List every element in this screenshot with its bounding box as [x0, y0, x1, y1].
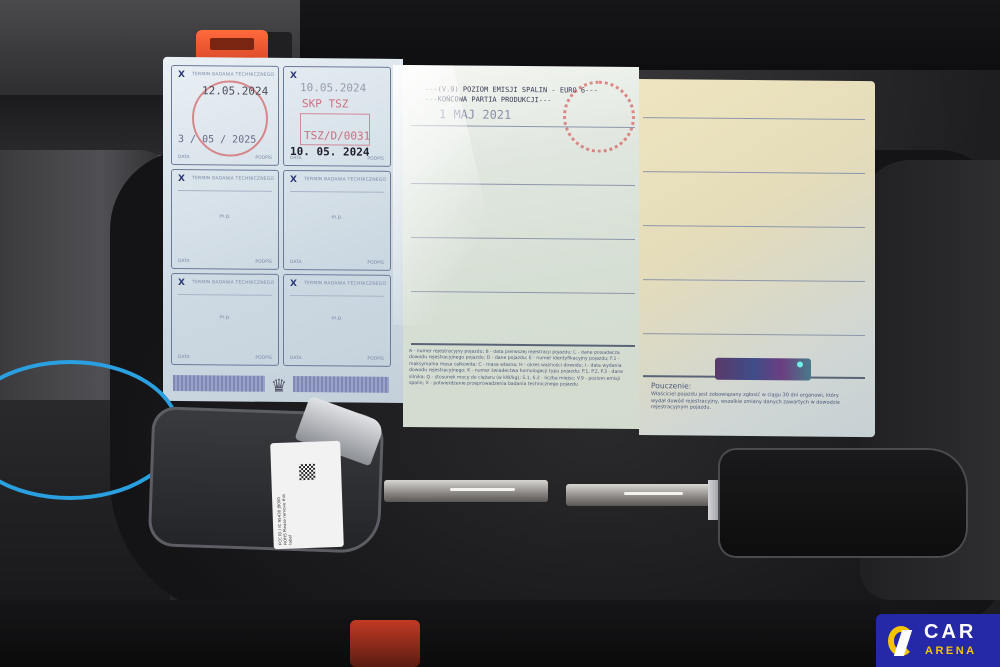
key-fob-label-text: FCC ID / IC 95430 J9000 ROHS Please remo… — [276, 489, 293, 545]
stamp-code: TSZ/D/0031 — [304, 129, 370, 143]
signature-label: PODPIS — [367, 357, 384, 362]
seat-gap — [0, 95, 180, 155]
inspection-mark: X — [290, 279, 297, 289]
signature-label: PODPIS — [255, 260, 272, 265]
security-hologram-icon — [715, 358, 811, 381]
date-stamp: 1 MAJ 2021 — [439, 107, 511, 122]
field-legend: A - numer rejestracyjny pojazdu; B - dat… — [409, 349, 635, 419]
signature-label: PODPIS — [255, 356, 272, 361]
inspection-mark: X — [178, 174, 185, 184]
car-arena-logo-icon — [888, 626, 916, 656]
logo-text-car: CAR — [924, 622, 976, 642]
divider — [290, 191, 384, 193]
seal-label: m.p. — [172, 314, 278, 321]
key-fob-label: FCC ID / IC 95430 J9000 ROHS Please remo… — [270, 441, 344, 549]
date-label: DATA — [290, 260, 302, 265]
final-production-line: ---KOŃCOWA PARTIA PRODUKCJI--- — [425, 95, 551, 104]
handwritten-date: 3 / 05 / 2025 — [178, 134, 256, 146]
qr-code-icon — [299, 464, 316, 481]
date-label: DATA — [178, 355, 190, 360]
row-line — [643, 333, 865, 336]
inspection-mark: X — [178, 70, 185, 80]
row-line — [643, 279, 865, 282]
inspection-header: TERMIN BADANIA TECHNICZNEGO — [192, 72, 274, 78]
floor-shadow — [0, 600, 880, 667]
row-line — [411, 183, 635, 186]
row-line — [411, 291, 635, 294]
stamp-date: 12.05.2024 — [202, 84, 268, 98]
document-left-page: X TERMIN BADANIA TECHNICZNEGO 12.05.2024… — [163, 57, 403, 403]
inspection-box-2: X 10.05.2024 SKP TSZ TSZ/D/0031 10. 05. … — [283, 66, 391, 167]
instruction-title: Pouczenie: — [651, 381, 691, 390]
seatbelt-buckle-lower — [350, 620, 420, 667]
security-band-left — [173, 375, 265, 392]
inspection-header: TERMIN BADANIA TECHNICZNEGO — [304, 177, 386, 183]
date-label: DATA — [290, 356, 302, 361]
official-round-stamp — [563, 80, 635, 153]
inspection-box-1: X TERMIN BADANIA TECHNICZNEGO 12.05.2024… — [171, 65, 279, 166]
key-head — [718, 448, 968, 558]
seal-label: m.p. — [172, 213, 278, 220]
inspection-header: TERMIN BADANIA TECHNICZNEGO — [192, 280, 274, 286]
row-line — [643, 117, 865, 120]
row-line — [643, 171, 865, 174]
key-blade-right — [566, 484, 712, 506]
row-line — [643, 225, 865, 228]
date-label: DATA — [290, 156, 302, 161]
inspection-box-4: X TERMIN BADANIA TECHNICZNEGO m.p. DATA … — [283, 170, 391, 271]
date-label: DATA — [178, 259, 190, 264]
divider — [178, 190, 272, 192]
divider — [290, 295, 384, 297]
car-arena-logo: CAR ARENA — [876, 614, 1000, 667]
inspection-box-5: X TERMIN BADANIA TECHNICZNEGO m.p. DATA … — [171, 273, 279, 366]
document-middle-page: ---(V.9) POZIOM EMISJI SPALIN - EURO 6--… — [403, 65, 639, 429]
signature-label: PODPIS — [367, 261, 384, 266]
inspection-box-3: X TERMIN BADANIA TECHNICZNEGO m.p. DATA … — [171, 169, 279, 270]
signature-label: PODPIS — [367, 157, 384, 162]
registration-certificate: X TERMIN BADANIA TECHNICZNEGO 12.05.2024… — [163, 55, 875, 441]
security-band-right — [293, 376, 389, 393]
inspection-box-6: X TERMIN BADANIA TECHNICZNEGO m.p. DATA … — [283, 274, 391, 367]
inspection-mark: X — [178, 278, 185, 288]
signature-label: PODPIS — [255, 156, 272, 161]
row-line — [411, 343, 635, 347]
eagle-emblem-icon: ♛ — [268, 376, 290, 398]
logo-text-arena: ARENA — [925, 645, 977, 657]
divider — [178, 294, 272, 296]
row-line — [411, 237, 635, 240]
key-blade-left — [384, 480, 548, 502]
instruction-text: Właściciel pojazdu jest zobowiązany zgło… — [651, 391, 851, 412]
inspection-header: TERMIN BADANIA TECHNICZNEGO — [304, 281, 386, 287]
stamp-date: 10.05.2024 — [300, 81, 366, 95]
date-label: DATA — [178, 155, 190, 160]
seal-label: m.p. — [284, 214, 390, 221]
inspection-header: TERMIN BADANIA TECHNICZNEGO — [192, 176, 274, 182]
inspection-mark: X — [290, 71, 297, 81]
inspection-mark: X — [290, 175, 297, 185]
stamp-station: SKP TSZ — [302, 97, 348, 110]
seal-label: m.p. — [284, 315, 390, 322]
